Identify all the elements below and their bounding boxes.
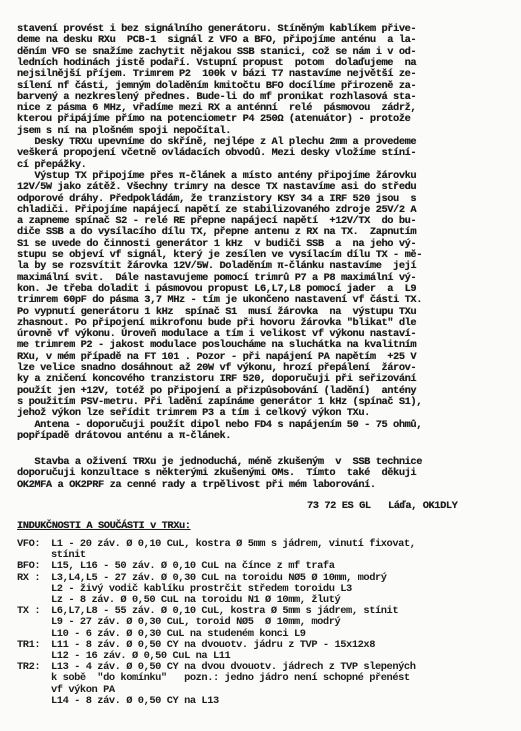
body-line: odporové dráhy. Předpokládám, že tranzis…: [17, 194, 416, 205]
body-line: kterou připájíme přímo na potenciometr P…: [17, 114, 410, 125]
body-line: me trimrem P2 - jakost modulace poslouch…: [17, 340, 416, 351]
parts-group-label: BFO:: [17, 561, 40, 572]
body-line: Antena - doporučuji použít dipol nebo FD…: [17, 420, 422, 431]
body-line: popřípadě drátovou anténu a π-článek.: [17, 431, 231, 442]
body-line: Po vypnutí generátoru 1 kHz spínač S1 mu…: [17, 307, 416, 318]
body-line: maximální svit. Dále nastavujeme pomocí …: [17, 273, 416, 284]
parts-group-label: TR1:: [17, 640, 40, 651]
body-line: děním VFO se snažíme zachytit nějakou SS…: [17, 47, 416, 58]
parts-group-label: TR2:: [17, 662, 40, 673]
parts-line: L9 - 27 záv. Ø 0,30 CuL, toroid NØ5 Ø 10…: [51, 617, 340, 628]
parts-line: L3,L4,L5 - 27 záv. Ø 0,30 CuL na toroidu…: [51, 573, 387, 584]
parts-group-label: TX :: [17, 606, 40, 617]
parts-group-label: RX :: [17, 573, 40, 584]
parts-line: L10 - 6 záv. Ø 0,30 CuL na studeném konc…: [51, 629, 306, 640]
parts-line: L14 - 8 záv. Ø 0,50 CY na L13: [51, 696, 219, 707]
body-line: 12V/5W jako zátěž. Všechny trimry na des…: [17, 182, 416, 193]
parts-line: vf výkon PA: [51, 685, 115, 696]
closing-line: doporučuji konzultace s některými zkušen…: [17, 468, 416, 479]
body-line: la by se rozsvítit žárovka 12V/5W. Dolad…: [17, 261, 416, 272]
body-line: veškerá propojení včetně ovládacích obvo…: [17, 148, 416, 159]
body-line: trimrem 60pF do pásma 3,7 MHz - tím je u…: [17, 295, 422, 306]
body-line: ky a zničení koncového tranzistoru IRF 5…: [17, 374, 416, 385]
body-line: sílení nf části, jemným doladěním kmitoč…: [17, 81, 416, 92]
body-line: cí přepážky.: [17, 160, 86, 171]
body-line: jehož výkon lze seřídit trimrem P3 a tím…: [17, 408, 370, 419]
scanned-document-page: stavení provést i bez signálního generát…: [0, 0, 521, 731]
body-line: nejsilnější příjem. Trimrem P2 100k v bá…: [17, 69, 416, 80]
closing-line: OK2MFA a OK2PRF za cenné rady a trpělivo…: [17, 480, 376, 491]
parts-line: L15, L16 - 50 záv. Ø 0,10 CuL na čínce z…: [51, 561, 335, 572]
parts-line: k sobě "do komínku" pozn.: jedno jádro n…: [51, 673, 410, 684]
parts-line: L1 - 20 záv. Ø 0,10 CuL, kostra Ø 5mm s …: [51, 539, 415, 550]
parts-group-label: VFO:: [17, 539, 40, 550]
parts-heading: INDUKČNOSTI A SOUČÁSTI v TRXu:: [17, 521, 191, 532]
signature: 73 72 ES GL Láďa, OK1DLY: [307, 501, 457, 512]
body-line: diče SSB a do vysílacího dílu TX, přepne…: [17, 227, 416, 238]
body-line: deme na desku RXu PCB-1 signál z VFO a B…: [17, 35, 416, 46]
body-line: použít jen +12V, totéž po připojení a př…: [17, 386, 416, 397]
